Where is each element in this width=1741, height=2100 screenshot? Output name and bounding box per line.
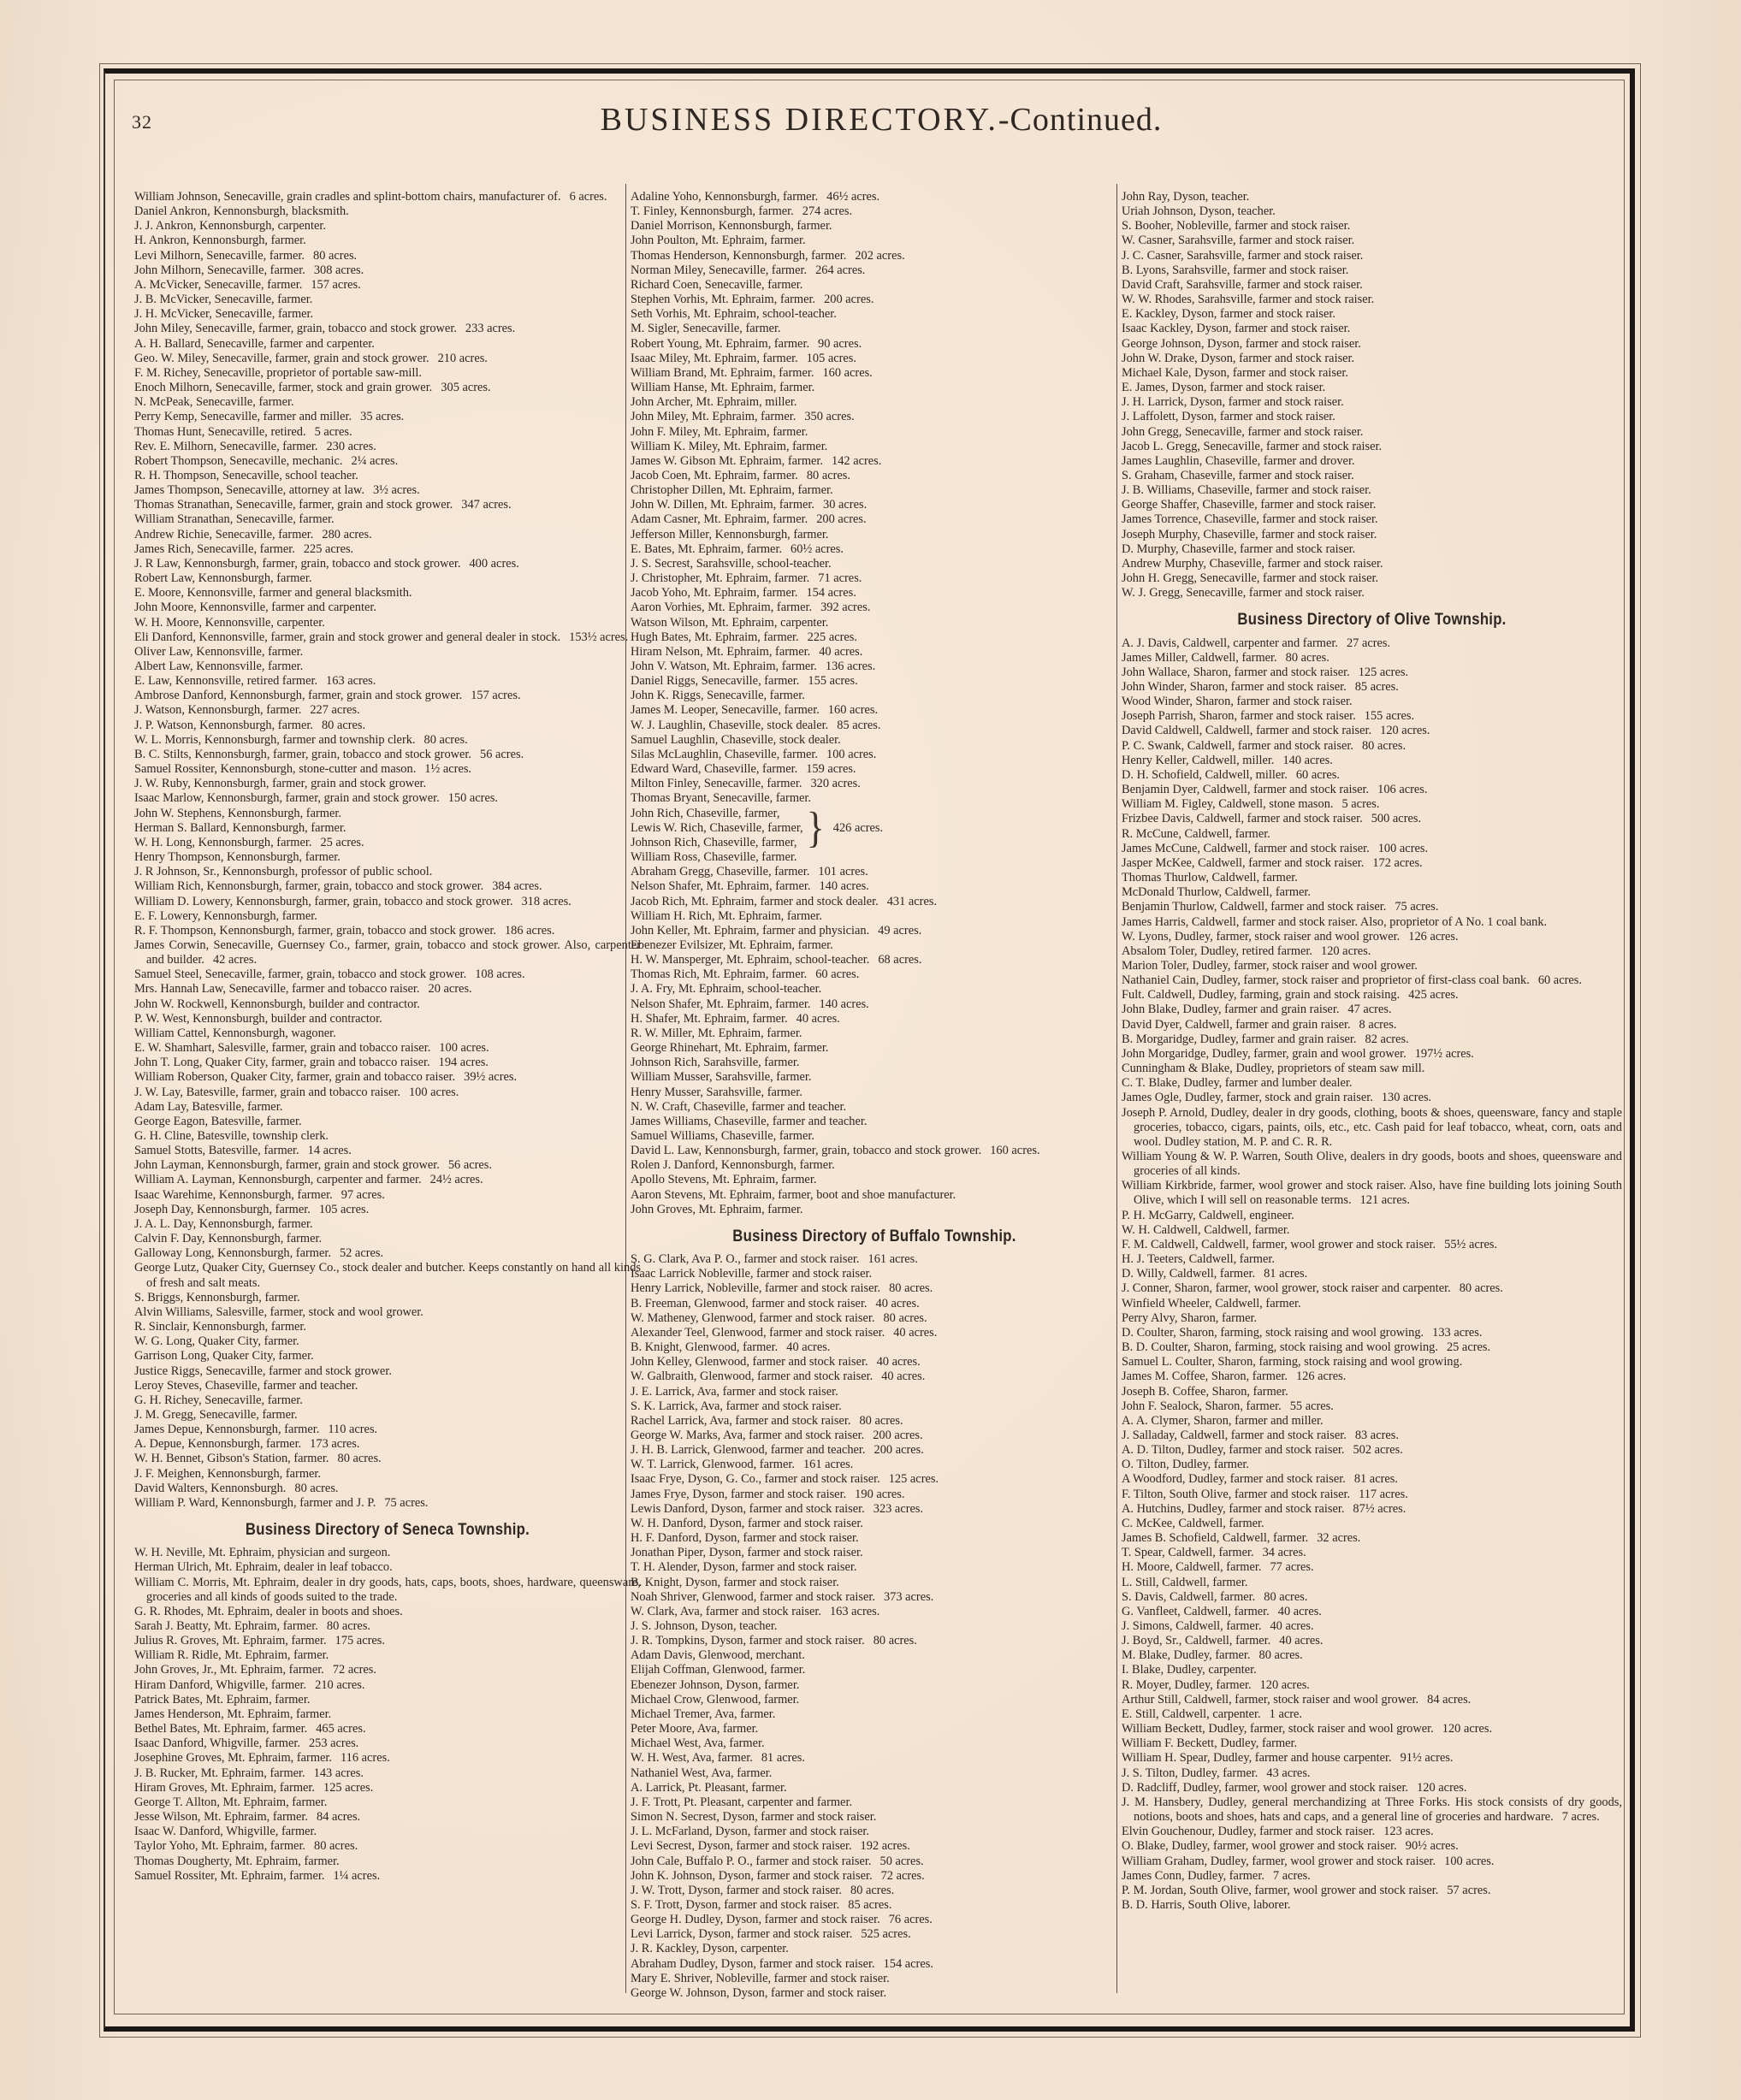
- directory-entry: John F. Miley, Mt. Ephraim, farmer.: [631, 425, 1118, 440]
- entry-text: William F. Beckett, Dudley, farmer.: [1122, 1736, 1297, 1750]
- entry-text: Eli Danford, Kennonsville, farmer, grain…: [134, 630, 560, 644]
- entry-text: J. A. Fry, Mt. Ephraim, school-teacher.: [631, 982, 821, 996]
- entry-text: Joseph Day, Kennonsburgh, farmer.: [134, 1203, 311, 1216]
- entry-acreage: 225 acres.: [304, 542, 353, 556]
- entry-acreage: 155 acres.: [808, 674, 857, 688]
- directory-entry: Daniel Morrison, Kennonsburgh, farmer.: [631, 219, 1118, 234]
- entry-text: G. H. Cline, Batesville, township clerk.: [134, 1129, 329, 1143]
- directory-entry: B. Lyons, Sarahsville, farmer and stock …: [1122, 263, 1622, 278]
- entry-acreage: 400 acres.: [469, 557, 518, 571]
- directory-entry: J. Christopher, Mt. Ephraim, farmer.71 a…: [631, 571, 1118, 586]
- directory-entry: J. B. Rucker, Mt. Ephraim, farmer.143 ac…: [134, 1766, 641, 1781]
- entry-text: Noah Shriver, Glenwood, farmer and stock…: [631, 1590, 875, 1604]
- entry-acreage: 25 acres.: [320, 836, 364, 849]
- directory-entry: Ebenezer Evilsizer, Mt. Ephraim, farmer.: [631, 938, 1118, 953]
- directory-entry: Levi Milhorn, Senecaville, farmer.80 acr…: [134, 249, 641, 263]
- directory-entry: J. M. Gregg, Senecaville, farmer.: [134, 1408, 641, 1423]
- directory-entry: Joseph Day, Kennonsburgh, farmer.105 acr…: [134, 1203, 641, 1217]
- entry-text: James Frye, Dyson, farmer and stock rais…: [631, 1488, 846, 1501]
- entry-text: B. Morgaridge, Dudley, farmer and grain …: [1122, 1032, 1357, 1046]
- directory-entry: Ebenezer Johnson, Dyson, farmer.: [631, 1678, 1118, 1693]
- directory-entry: J. E. Larrick, Ava, farmer and stock rai…: [631, 1385, 1118, 1399]
- entry-text: Michael Tremer, Ava, farmer.: [631, 1707, 775, 1721]
- directory-entry: N. W. Craft, Chaseville, farmer and teac…: [631, 1100, 1118, 1115]
- entry-acreage: 117 acres.: [1359, 1488, 1408, 1501]
- directory-entry: Michael Crow, Glenwood, farmer.: [631, 1693, 1118, 1707]
- entry-text: Cunningham & Blake, Dudley, proprietors …: [1122, 1062, 1424, 1075]
- directory-entry: Samuel Steel, Senecaville, farmer, grain…: [134, 967, 641, 982]
- entry-text: W. H. Long, Kennonsburgh, farmer.: [134, 836, 311, 849]
- directory-entry: George W. Marks, Ava, farmer and stock r…: [631, 1429, 1118, 1443]
- directory-entry: J. H. Larrick, Dyson, farmer and stock r…: [1122, 395, 1622, 410]
- entry-text: John Blake, Dudley, farmer and grain rai…: [1122, 1003, 1339, 1016]
- entry-text: William Cattel, Kennonsburgh, wagoner.: [134, 1026, 336, 1040]
- entry-text: B. D. Coulter, Sharon, farming, stock ra…: [1122, 1340, 1438, 1354]
- directory-entry: Henry Larrick, Nobleville, farmer and st…: [631, 1281, 1118, 1296]
- directory-entry: T. H. Alender, Dyson, farmer and stock r…: [631, 1560, 1118, 1575]
- entry-text: James Thompson, Senecaville, attorney at…: [134, 483, 364, 497]
- entry-text: J. H. McVicker, Senecaville, farmer.: [134, 307, 313, 321]
- entry-acreage: 100 acres.: [826, 748, 876, 761]
- entry-acreage: 87½ acres.: [1353, 1502, 1406, 1516]
- directory-entry: Patrick Bates, Mt. Ephraim, farmer.: [134, 1693, 641, 1707]
- entry-acreage: 120 acres.: [1442, 1722, 1492, 1736]
- directory-entry: John F. Sealock, Sharon, farmer.55 acres…: [1122, 1399, 1622, 1414]
- directory-entry: John K. Riggs, Senecaville, farmer.: [631, 689, 1118, 703]
- directory-entry: Jacob Coen, Mt. Ephraim, farmer.80 acres…: [631, 469, 1118, 483]
- entry-text: J. R Law, Kennonsburgh, farmer, grain, t…: [134, 557, 460, 571]
- directory-entry: J. A. L. Day, Kennonsburgh, farmer.: [134, 1217, 641, 1232]
- entry-text: P. H. McGarry, Caldwell, engineer.: [1122, 1209, 1294, 1222]
- entry-acreage: 80 acres.: [314, 1839, 358, 1853]
- entry-text: Isaac Danford, Whigville, farmer.: [134, 1736, 300, 1750]
- directory-entry: Silas McLaughlin, Chaseville, farmer.100…: [631, 748, 1118, 762]
- directory-entry: J. J. Ankron, Kennonsburgh, carpenter.: [134, 219, 641, 234]
- entry-text: Samuel Rossiter, Kennonsburgh, stone-cut…: [134, 762, 416, 776]
- directory-entry: J. M. Hansbery, Dudley, general merchand…: [1122, 1795, 1622, 1825]
- entry-text: Perry Kemp, Senecaville, farmer and mill…: [134, 410, 352, 423]
- directory-entry: John Moore, Kennonsville, farmer and car…: [134, 600, 641, 615]
- directory-entry: J. Laffolett, Dyson, farmer and stock ra…: [1122, 410, 1622, 424]
- directory-entry: J. W. Trott, Dyson, farmer and stock rai…: [631, 1884, 1118, 1898]
- entry-acreage: 14 acres.: [308, 1144, 352, 1157]
- entry-acreage: 274 acres.: [802, 204, 852, 218]
- directory-entry: John Cale, Buffalo P. O., farmer and sto…: [631, 1855, 1118, 1869]
- entry-acreage: 90 acres.: [818, 337, 862, 351]
- entry-text: J. F. Trott, Pt. Pleasant, carpenter and…: [631, 1795, 852, 1809]
- entry-acreage: 43 acres.: [1266, 1766, 1310, 1780]
- directory-entry: Cunningham & Blake, Dudley, proprietors …: [1122, 1062, 1622, 1076]
- entry-text: Stephen Vorhis, Mt. Ephraim, farmer.: [631, 293, 815, 306]
- entry-text: Andrew Murphy, Chaseville, farmer and st…: [1122, 557, 1383, 571]
- directory-entry: H. F. Danford, Dyson, farmer and stock r…: [631, 1531, 1118, 1546]
- entry-text: William H. Spear, Dudley, farmer and hou…: [1122, 1751, 1392, 1765]
- entry-text: James McCune, Caldwell, farmer and stock…: [1122, 842, 1370, 855]
- directory-entry: John Ray, Dyson, teacher.: [1122, 190, 1622, 204]
- directory-entry: Elijah Coffman, Glenwood, farmer.: [631, 1663, 1118, 1677]
- entry-text: P. C. Swank, Caldwell, farmer and stock …: [1122, 739, 1353, 753]
- entry-text: M. Sigler, Senecaville, farmer.: [631, 322, 781, 335]
- entry-text: David L. Law, Kennonsburgh, farmer, grai…: [631, 1144, 981, 1157]
- directory-entry: John T. Long, Quaker City, farmer, grain…: [134, 1056, 641, 1070]
- entry-acreage: 502 acres.: [1353, 1443, 1402, 1457]
- entry-text: Josephine Groves, Mt. Ephraim, farmer.: [134, 1751, 332, 1765]
- entry-acreage: 55½ acres.: [1444, 1238, 1497, 1251]
- entry-acreage: 323 acres.: [873, 1502, 923, 1516]
- section-heading: Business Directory of Buffalo Township.: [660, 1229, 1089, 1244]
- entry-text: William Musser, Sarahsville, farmer.: [631, 1070, 811, 1084]
- directory-entry: William Roberson, Quaker City, farmer, g…: [134, 1070, 641, 1085]
- entry-text: Arthur Still, Caldwell, farmer, stock ra…: [1122, 1693, 1418, 1707]
- entry-acreage: 97 acres.: [341, 1188, 385, 1202]
- entry-acreage: 80 acres.: [313, 249, 357, 263]
- entry-text: G. H. Richey, Senecaville, farmer.: [134, 1393, 303, 1407]
- directory-entry: Adaline Yoho, Kennonsburgh, farmer.46½ a…: [631, 190, 1118, 204]
- entry-acreage: 80 acres.: [294, 1482, 338, 1495]
- entry-acreage: 140 acres.: [1282, 754, 1332, 767]
- entry-text: George Shaffer, Chaseville, farmer and s…: [1122, 498, 1376, 512]
- entry-acreage: 230 acres.: [326, 440, 376, 453]
- directory-entry: W. H. Caldwell, Caldwell, farmer.: [1122, 1223, 1622, 1238]
- entry-text: S. Booher, Nobleville, farmer and stock …: [1122, 219, 1350, 233]
- directory-entry: Peter Moore, Ava, farmer.: [631, 1722, 1118, 1736]
- entry-text: William Stranathan, Senecaville, farmer.: [134, 512, 335, 526]
- entry-text: Adaline Yoho, Kennonsburgh, farmer.: [631, 190, 818, 204]
- directory-entry: A. D. Tilton, Dudley, farmer and stock r…: [1122, 1443, 1622, 1458]
- entry-text: William Rich, Kennonsburgh, farmer, grai…: [134, 879, 483, 893]
- entry-text: W. Galbraith, Glenwood, farmer and stock…: [631, 1369, 873, 1383]
- directory-entry: Oliver Law, Kennonsville, farmer.: [134, 645, 641, 660]
- entry-text: Daniel Ankron, Kennonsburgh, blacksmith.: [134, 204, 349, 218]
- directory-entry: Nathaniel Cain, Dudley, farmer, stock ra…: [1122, 973, 1622, 988]
- directory-entry: B. Knight, Dyson, farmer and stock raise…: [631, 1576, 1118, 1590]
- entry-acreage: 80 acres.: [883, 1311, 927, 1325]
- entry-acreage: 40 acres.: [876, 1297, 920, 1310]
- directory-entry: Henry Keller, Caldwell, miller.140 acres…: [1122, 754, 1622, 768]
- entry-text: Benjamin Thurlow, Caldwell, farmer and s…: [1122, 900, 1386, 914]
- directory-entry: S. Briggs, Kennonsburgh, farmer.: [134, 1291, 641, 1305]
- directory-entry: W. Lyons, Dudley, farmer, stock raiser a…: [1122, 930, 1622, 944]
- directory-entry: Noah Shriver, Glenwood, farmer and stock…: [631, 1590, 1118, 1605]
- directory-entry: William Johnson, Senecaville, grain crad…: [134, 190, 641, 204]
- entry-text: Hiram Nelson, Mt. Ephraim, farmer.: [631, 645, 810, 659]
- entry-acreage: 154 acres.: [884, 1957, 933, 1971]
- directory-entry: Jesse Wilson, Mt. Ephraim, farmer.84 acr…: [134, 1810, 641, 1825]
- entry-acreage: 34 acres.: [1263, 1546, 1306, 1559]
- entry-text: John K. Johnson, Dyson, farmer and stock…: [631, 1869, 873, 1883]
- directory-entry: B. Knight, Glenwood, farmer.40 acres.: [631, 1340, 1118, 1355]
- directory-entry: A. H. Ballard, Senecaville, farmer and c…: [134, 337, 641, 352]
- directory-entry: W. J. Laughlin, Chaseville, stock dealer…: [631, 719, 1118, 733]
- entry-text: W. H. Neville, Mt. Ephraim, physician an…: [134, 1546, 390, 1559]
- entry-acreage: 60 acres.: [1296, 768, 1340, 782]
- entry-text: W. H. Danford, Dyson, farmer and stock r…: [631, 1517, 863, 1530]
- entry-acreage: 264 acres.: [815, 263, 865, 277]
- entry-text: Thomas Henderson, Kennonsburgh, farmer.: [631, 249, 846, 263]
- entry-text: J. Salladay, Caldwell, farmer and stock …: [1122, 1429, 1347, 1442]
- entry-text: Joseph Murphy, Chaseville, farmer and st…: [1122, 528, 1377, 541]
- entry-text: Isaac Warehime, Kennonsburgh, farmer.: [134, 1188, 333, 1202]
- directory-entry: D. Willy, Caldwell, farmer.81 acres.: [1122, 1267, 1622, 1281]
- directory-entry: Marion Toler, Dudley, farmer, stock rais…: [1122, 959, 1622, 973]
- entry-text: J. S. Secrest, Sarahsville, school-teach…: [631, 557, 832, 571]
- entry-text: Joseph B. Coffee, Sharon, farmer.: [1122, 1385, 1288, 1399]
- entry-text: D. H. Schofield, Caldwell, miller.: [1122, 768, 1288, 782]
- entry-acreage: 200 acres.: [816, 512, 866, 526]
- entry-acreage: 431 acres.: [887, 895, 937, 908]
- directory-entry: D. H. Schofield, Caldwell, miller.60 acr…: [1122, 768, 1622, 783]
- directory-entry: Aaron Stevens, Mt. Ephraim, farmer, boot…: [631, 1188, 1118, 1203]
- entry-acreage: 190 acres.: [855, 1488, 904, 1501]
- entry-acreage: 81 acres.: [761, 1751, 805, 1765]
- entry-acreage: 80 acres.: [322, 719, 365, 732]
- directory-entry: Samuel Laughlin, Chaseville, stock deale…: [631, 733, 1118, 748]
- entry-acreage: 140 acres.: [819, 879, 868, 893]
- entry-text: Nathaniel West, Ava, farmer.: [631, 1766, 772, 1780]
- directory-entry: Edward Ward, Chaseville, farmer.159 acre…: [631, 762, 1118, 777]
- entry-acreage: 55 acres.: [1290, 1399, 1334, 1413]
- entry-text: J. F. Meighen, Kennonsburgh, farmer.: [134, 1467, 321, 1481]
- entry-acreage: 225 acres.: [808, 630, 857, 644]
- entry-text: Michael Crow, Glenwood, farmer.: [631, 1693, 799, 1707]
- entry-acreage: 2¼ acres.: [352, 454, 399, 468]
- entry-acreage: 154 acres.: [806, 586, 856, 600]
- entry-text: John Milhorn, Senecaville, farmer.: [134, 263, 305, 277]
- entry-acreage: 40 acres.: [796, 1012, 840, 1026]
- directory-entry: Josephine Groves, Mt. Ephraim, farmer.11…: [134, 1751, 641, 1766]
- directory-entry: Daniel Riggs, Senecaville, farmer.155 ac…: [631, 674, 1118, 689]
- directory-entry: Albert Law, Kennonsville, farmer.: [134, 660, 641, 674]
- directory-entry: John Miley, Mt. Ephraim, farmer.350 acre…: [631, 410, 1118, 424]
- directory-entry: Samuel Rossiter, Mt. Ephraim, farmer.1¼ …: [134, 1869, 641, 1884]
- entry-text: W. W. Rhodes, Sarahsville, farmer and st…: [1122, 293, 1374, 306]
- directory-entry: Nathaniel West, Ava, farmer.: [631, 1766, 1118, 1781]
- entry-text: J. J. Ankron, Kennonsburgh, carpenter.: [134, 219, 326, 233]
- directory-entry: E. Kackley, Dyson, farmer and stock rais…: [1122, 307, 1622, 322]
- entry-text: Mrs. Hannah Law, Senecaville, farmer and…: [134, 982, 420, 996]
- entry-text: O. Tilton, Dudley, farmer.: [1122, 1458, 1249, 1471]
- entry-text: James Ogle, Dudley, farmer, stock and gr…: [1122, 1091, 1373, 1104]
- entry-text: P. W. West, Kennonsburgh, builder and co…: [134, 1012, 382, 1026]
- entry-acreage: 347 acres.: [461, 498, 511, 512]
- entry-text: W. H. Caldwell, Caldwell, farmer.: [1122, 1223, 1290, 1237]
- entry-text: Geo. W. Miley, Senecaville, farmer, grai…: [134, 352, 429, 365]
- directory-entry: Thomas Dougherty, Mt. Ephraim, farmer.: [134, 1855, 641, 1869]
- entry-text: John Winder, Sharon, farmer and stock ra…: [1122, 680, 1347, 694]
- directory-entry: A. J. Davis, Caldwell, carpenter and far…: [1122, 636, 1622, 651]
- entry-text: John F. Sealock, Sharon, farmer.: [1122, 1399, 1282, 1413]
- directory-entry: R. Moyer, Dudley, farmer.120 acres.: [1122, 1678, 1622, 1693]
- entry-text: Jonathan Piper, Dyson, farmer and stock …: [631, 1546, 863, 1559]
- entry-acreage: 192 acres.: [861, 1839, 910, 1853]
- entry-text: R. McCune, Caldwell, farmer.: [1122, 827, 1270, 841]
- directory-entry: Jasper McKee, Caldwell, farmer and stock…: [1122, 856, 1622, 871]
- entry-text: R. W. Miller, Mt. Ephraim, farmer.: [631, 1026, 802, 1040]
- entry-acreage: 90½ acres.: [1406, 1839, 1459, 1853]
- directory-entry: McDonald Thurlow, Caldwell, farmer.: [1122, 885, 1622, 900]
- directory-entry: Michael Kale, Dyson, farmer and stock ra…: [1122, 366, 1622, 381]
- entry-acreage: 125 acres.: [889, 1472, 939, 1486]
- directory-entry: R. Sinclair, Kennonsburgh, farmer.: [134, 1320, 641, 1334]
- entry-text: William Brand, Mt. Ephraim, farmer.: [631, 366, 814, 380]
- entry-text: H. Moore, Caldwell, farmer.: [1122, 1560, 1261, 1574]
- entry-text: John Ray, Dyson, teacher.: [1122, 190, 1249, 204]
- entry-text: Aaron Vorhies, Mt. Ephraim, farmer.: [631, 600, 812, 614]
- directory-entry: John V. Watson, Mt. Ephraim, farmer.136 …: [631, 660, 1118, 674]
- entry-text: W. Matheney, Glenwood, farmer and stock …: [631, 1311, 874, 1325]
- entry-text: Enoch Milhorn, Senecaville, farmer, stoc…: [134, 381, 432, 394]
- directory-entry: E. Still, Caldwell, carpenter.1 acre.: [1122, 1707, 1622, 1722]
- directory-entry: W. H. Long, Kennonsburgh, farmer.25 acre…: [134, 836, 641, 850]
- directory-entry: W. Matheney, Glenwood, farmer and stock …: [631, 1311, 1118, 1326]
- entry-text: David Caldwell, Caldwell, farmer and sto…: [1122, 724, 1371, 737]
- directory-entry: Joseph B. Coffee, Sharon, farmer.: [1122, 1385, 1622, 1399]
- entry-text: W. Casner, Sarahsville, farmer and stock…: [1122, 234, 1354, 247]
- entry-text: William D. Lowery, Kennonsburgh, farmer,…: [134, 895, 512, 908]
- entry-text: James Rich, Senecaville, farmer.: [134, 542, 295, 556]
- directory-entry: John Groves, Mt. Ephraim, farmer.: [631, 1203, 1118, 1217]
- directory-entry: George T. Allton, Mt. Ephraim, farmer.: [134, 1795, 641, 1810]
- entry-text: Robert Law, Kennonsburgh, farmer.: [134, 571, 311, 585]
- directory-entry: J. Conner, Sharon, farmer, wool grower, …: [1122, 1281, 1622, 1296]
- entry-acreage: 175 acres.: [335, 1634, 385, 1647]
- entry-text: John W. Drake, Dyson, farmer and stock r…: [1122, 352, 1354, 365]
- entry-text: Samuel Williams, Chaseville, farmer.: [631, 1129, 814, 1143]
- entry-text: Isaac Kackley, Dyson, farmer and stock r…: [1122, 322, 1350, 335]
- directory-entry: P. C. Swank, Caldwell, farmer and stock …: [1122, 739, 1622, 754]
- directory-entry: B. Morgaridge, Dudley, farmer and grain …: [1122, 1032, 1622, 1047]
- directory-entry: E. W. Shamhart, Salesville, farmer, grai…: [134, 1041, 641, 1056]
- directory-entry: O. Tilton, Dudley, farmer.: [1122, 1458, 1622, 1472]
- entry-text: Ebenezer Evilsizer, Mt. Ephraim, farmer.: [631, 938, 833, 952]
- entry-acreage: 140 acres.: [819, 997, 868, 1011]
- entry-acreage: 76 acres.: [889, 1913, 933, 1926]
- directory-entry: W. Casner, Sarahsville, farmer and stock…: [1122, 234, 1622, 248]
- entry-text: John Archer, Mt. Ephraim, miller.: [631, 395, 796, 409]
- directory-entry: L. Still, Caldwell, farmer.: [1122, 1576, 1622, 1590]
- entry-text: H. F. Danford, Dyson, farmer and stock r…: [631, 1531, 859, 1545]
- entry-acreage: 136 acres.: [826, 660, 875, 673]
- entry-text: Julius R. Groves, Mt. Ephraim, farmer.: [134, 1634, 327, 1647]
- entry-text: Levi Milhorn, Senecaville, farmer.: [134, 249, 305, 263]
- directory-entry: F. Tilton, South Olive, farmer and stock…: [1122, 1488, 1622, 1502]
- entry-acreage: 320 acres.: [810, 777, 860, 790]
- entry-text: J. Watson, Kennonsburgh, farmer.: [134, 703, 301, 717]
- entry-text: B. Knight, Glenwood, farmer.: [631, 1340, 778, 1354]
- directory-entry: Mary E. Shriver, Nobleville, farmer and …: [631, 1972, 1118, 1986]
- entry-text: Samuel Steel, Senecaville, farmer, grain…: [134, 967, 466, 981]
- entry-text: James Miller, Caldwell, farmer.: [1122, 651, 1277, 665]
- entry-text: I. Blake, Dudley, carpenter.: [1122, 1663, 1257, 1677]
- entry-text: John W. Stephens, Kennonsburgh, farmer.: [134, 807, 341, 820]
- directory-entry: D. Murphy, Chaseville, farmer and stock …: [1122, 542, 1622, 557]
- entry-text: S. G. Clark, Ava P. O., farmer and stock…: [631, 1252, 860, 1266]
- directory-entry: Jonathan Piper, Dyson, farmer and stock …: [631, 1546, 1118, 1560]
- directory-entry: W. Clark, Ava, farmer and stock raiser.1…: [631, 1605, 1118, 1619]
- directory-entry: Perry Kemp, Senecaville, farmer and mill…: [134, 410, 641, 424]
- entry-text: J. H. B. Larrick, Glenwood, farmer and t…: [631, 1443, 866, 1457]
- entry-acreage: 80 acres.: [807, 469, 850, 482]
- directory-entry: James Rich, Senecaville, farmer.225 acre…: [134, 542, 641, 557]
- directory-entry-name: Lewis W. Rich, Chaseville, farmer,: [631, 821, 803, 836]
- entry-text: Wood Winder, Sharon, farmer and stock ra…: [1122, 695, 1353, 708]
- entry-acreage: 153½ acres.: [569, 630, 628, 644]
- entry-text: Bethel Bates, Mt. Ephraim, farmer.: [134, 1722, 307, 1736]
- directory-entry: F. M. Caldwell, Caldwell, farmer, wool g…: [1122, 1238, 1622, 1252]
- directory-entry: Robert Thompson, Senecaville, mechanic.2…: [134, 454, 641, 469]
- directory-entry: James M. Coffee, Sharon, farmer.126 acre…: [1122, 1369, 1622, 1384]
- entry-acreage: 200 acres.: [874, 1443, 924, 1457]
- entry-acreage: 80 acres.: [338, 1452, 382, 1465]
- directory-entry: Michael Tremer, Ava, farmer.: [631, 1707, 1118, 1722]
- entry-text: J. Laffolett, Dyson, farmer and stock ra…: [1122, 410, 1335, 423]
- entry-text: William R. Ridle, Mt. Ephraim, farmer.: [134, 1648, 329, 1662]
- directory-entry: Simon N. Secrest, Dyson, farmer and stoc…: [631, 1810, 1118, 1825]
- entry-acreage: 80 acres.: [1362, 739, 1406, 753]
- entry-text: John K. Riggs, Senecaville, farmer.: [631, 689, 805, 702]
- entry-text: Winfield Wheeler, Caldwell, farmer.: [1122, 1297, 1301, 1310]
- directory-entry: T. Spear, Caldwell, farmer.34 acres.: [1122, 1546, 1622, 1560]
- entry-text: Joseph P. Arnold, Dudley, dealer in dry …: [1122, 1106, 1622, 1149]
- directory-entry: James Henderson, Mt. Ephraim, farmer.: [134, 1707, 641, 1722]
- directory-entry: John W. Rockwell, Kennonsburgh, builder …: [134, 997, 641, 1012]
- directory-entry: Daniel Ankron, Kennonsburgh, blacksmith.: [134, 204, 641, 219]
- directory-entry: David Dyer, Caldwell, farmer and grain r…: [1122, 1018, 1622, 1032]
- entry-acreage: 108 acres.: [475, 967, 524, 981]
- entry-text: Thomas Bryant, Senecaville, farmer.: [631, 791, 811, 805]
- directory-entry: David Walters, Kennonsburgh.80 acres.: [134, 1482, 641, 1496]
- entry-acreage: 123 acres.: [1383, 1825, 1433, 1838]
- entry-text: Henry Musser, Sarahsville, farmer.: [631, 1085, 802, 1099]
- directory-entry: H. W. Mansperger, Mt. Ephraim, school-te…: [631, 953, 1118, 967]
- directory-entry: H. Moore, Caldwell, farmer.77 acres.: [1122, 1560, 1622, 1575]
- entry-text: H. Ankron, Kennonsburgh, farmer.: [134, 234, 306, 247]
- directory-entry: John Kelley, Glenwood, farmer and stock …: [631, 1355, 1118, 1369]
- entry-acreage: 72 acres.: [333, 1663, 376, 1677]
- entry-text: William Ross, Chaseville, farmer.: [631, 850, 796, 864]
- directory-entry: John Keller, Mt. Ephraim, farmer and phy…: [631, 924, 1118, 938]
- directory-entry: W. H. Neville, Mt. Ephraim, physician an…: [134, 1546, 641, 1560]
- entry-acreage: 172 acres.: [1372, 856, 1422, 870]
- directory-entry: Abraham Gregg, Chaseville, farmer.101 ac…: [631, 865, 1118, 879]
- directory-entry: F. M. Richey, Senecaville, proprietor of…: [134, 366, 641, 381]
- entry-acreage: 210 acres.: [438, 352, 488, 365]
- entry-text: D. Radcliff, Dudley, farmer, wool grower…: [1122, 1781, 1408, 1795]
- entry-text: W. J. Gregg, Senecaville, farmer and sto…: [1122, 586, 1365, 600]
- entry-text: William C. Morris, Mt. Ephraim, dealer i…: [134, 1576, 641, 1604]
- entry-acreage: 40 acres.: [786, 1340, 830, 1354]
- entry-text: A. McVicker, Senecaville, farmer.: [134, 278, 302, 292]
- entry-text: W. H. Bennet, Gibson's Station, farmer.: [134, 1452, 329, 1465]
- entry-text: Henry Larrick, Nobleville, farmer and st…: [631, 1281, 880, 1295]
- entry-text: John T. Long, Quaker City, farmer, grain…: [134, 1056, 430, 1069]
- entry-text: Levi Secrest, Dyson, farmer and stock ra…: [631, 1839, 852, 1853]
- directory-entry: J. Simons, Caldwell, farmer.40 acres.: [1122, 1619, 1622, 1634]
- directory-entry: H. Shafer, Mt. Ephraim, farmer.40 acres.: [631, 1012, 1118, 1026]
- directory-entry: Sarah J. Beatty, Mt. Ephraim, farmer.80 …: [134, 1619, 641, 1634]
- entry-acreage: 106 acres.: [1377, 783, 1427, 796]
- directory-entry: William Brand, Mt. Ephraim, farmer.160 a…: [631, 366, 1118, 381]
- directory-entry: Henry Musser, Sarahsville, farmer.: [631, 1085, 1118, 1100]
- entry-acreage: 101 acres.: [818, 865, 868, 878]
- entry-acreage: 121 acres.: [1360, 1193, 1410, 1207]
- entry-text: J. Christopher, Mt. Ephraim, farmer.: [631, 571, 809, 585]
- entry-text: J. Simons, Caldwell, farmer.: [1122, 1619, 1261, 1633]
- directory-entry-name: John Rich, Chaseville, farmer,: [631, 807, 803, 821]
- entry-text: Simon N. Secrest, Dyson, farmer and stoc…: [631, 1810, 876, 1824]
- directory-entry: E. Law, Kennonsville, retired farmer.163…: [134, 674, 641, 689]
- entry-text: McDonald Thurlow, Caldwell, farmer.: [1122, 885, 1311, 899]
